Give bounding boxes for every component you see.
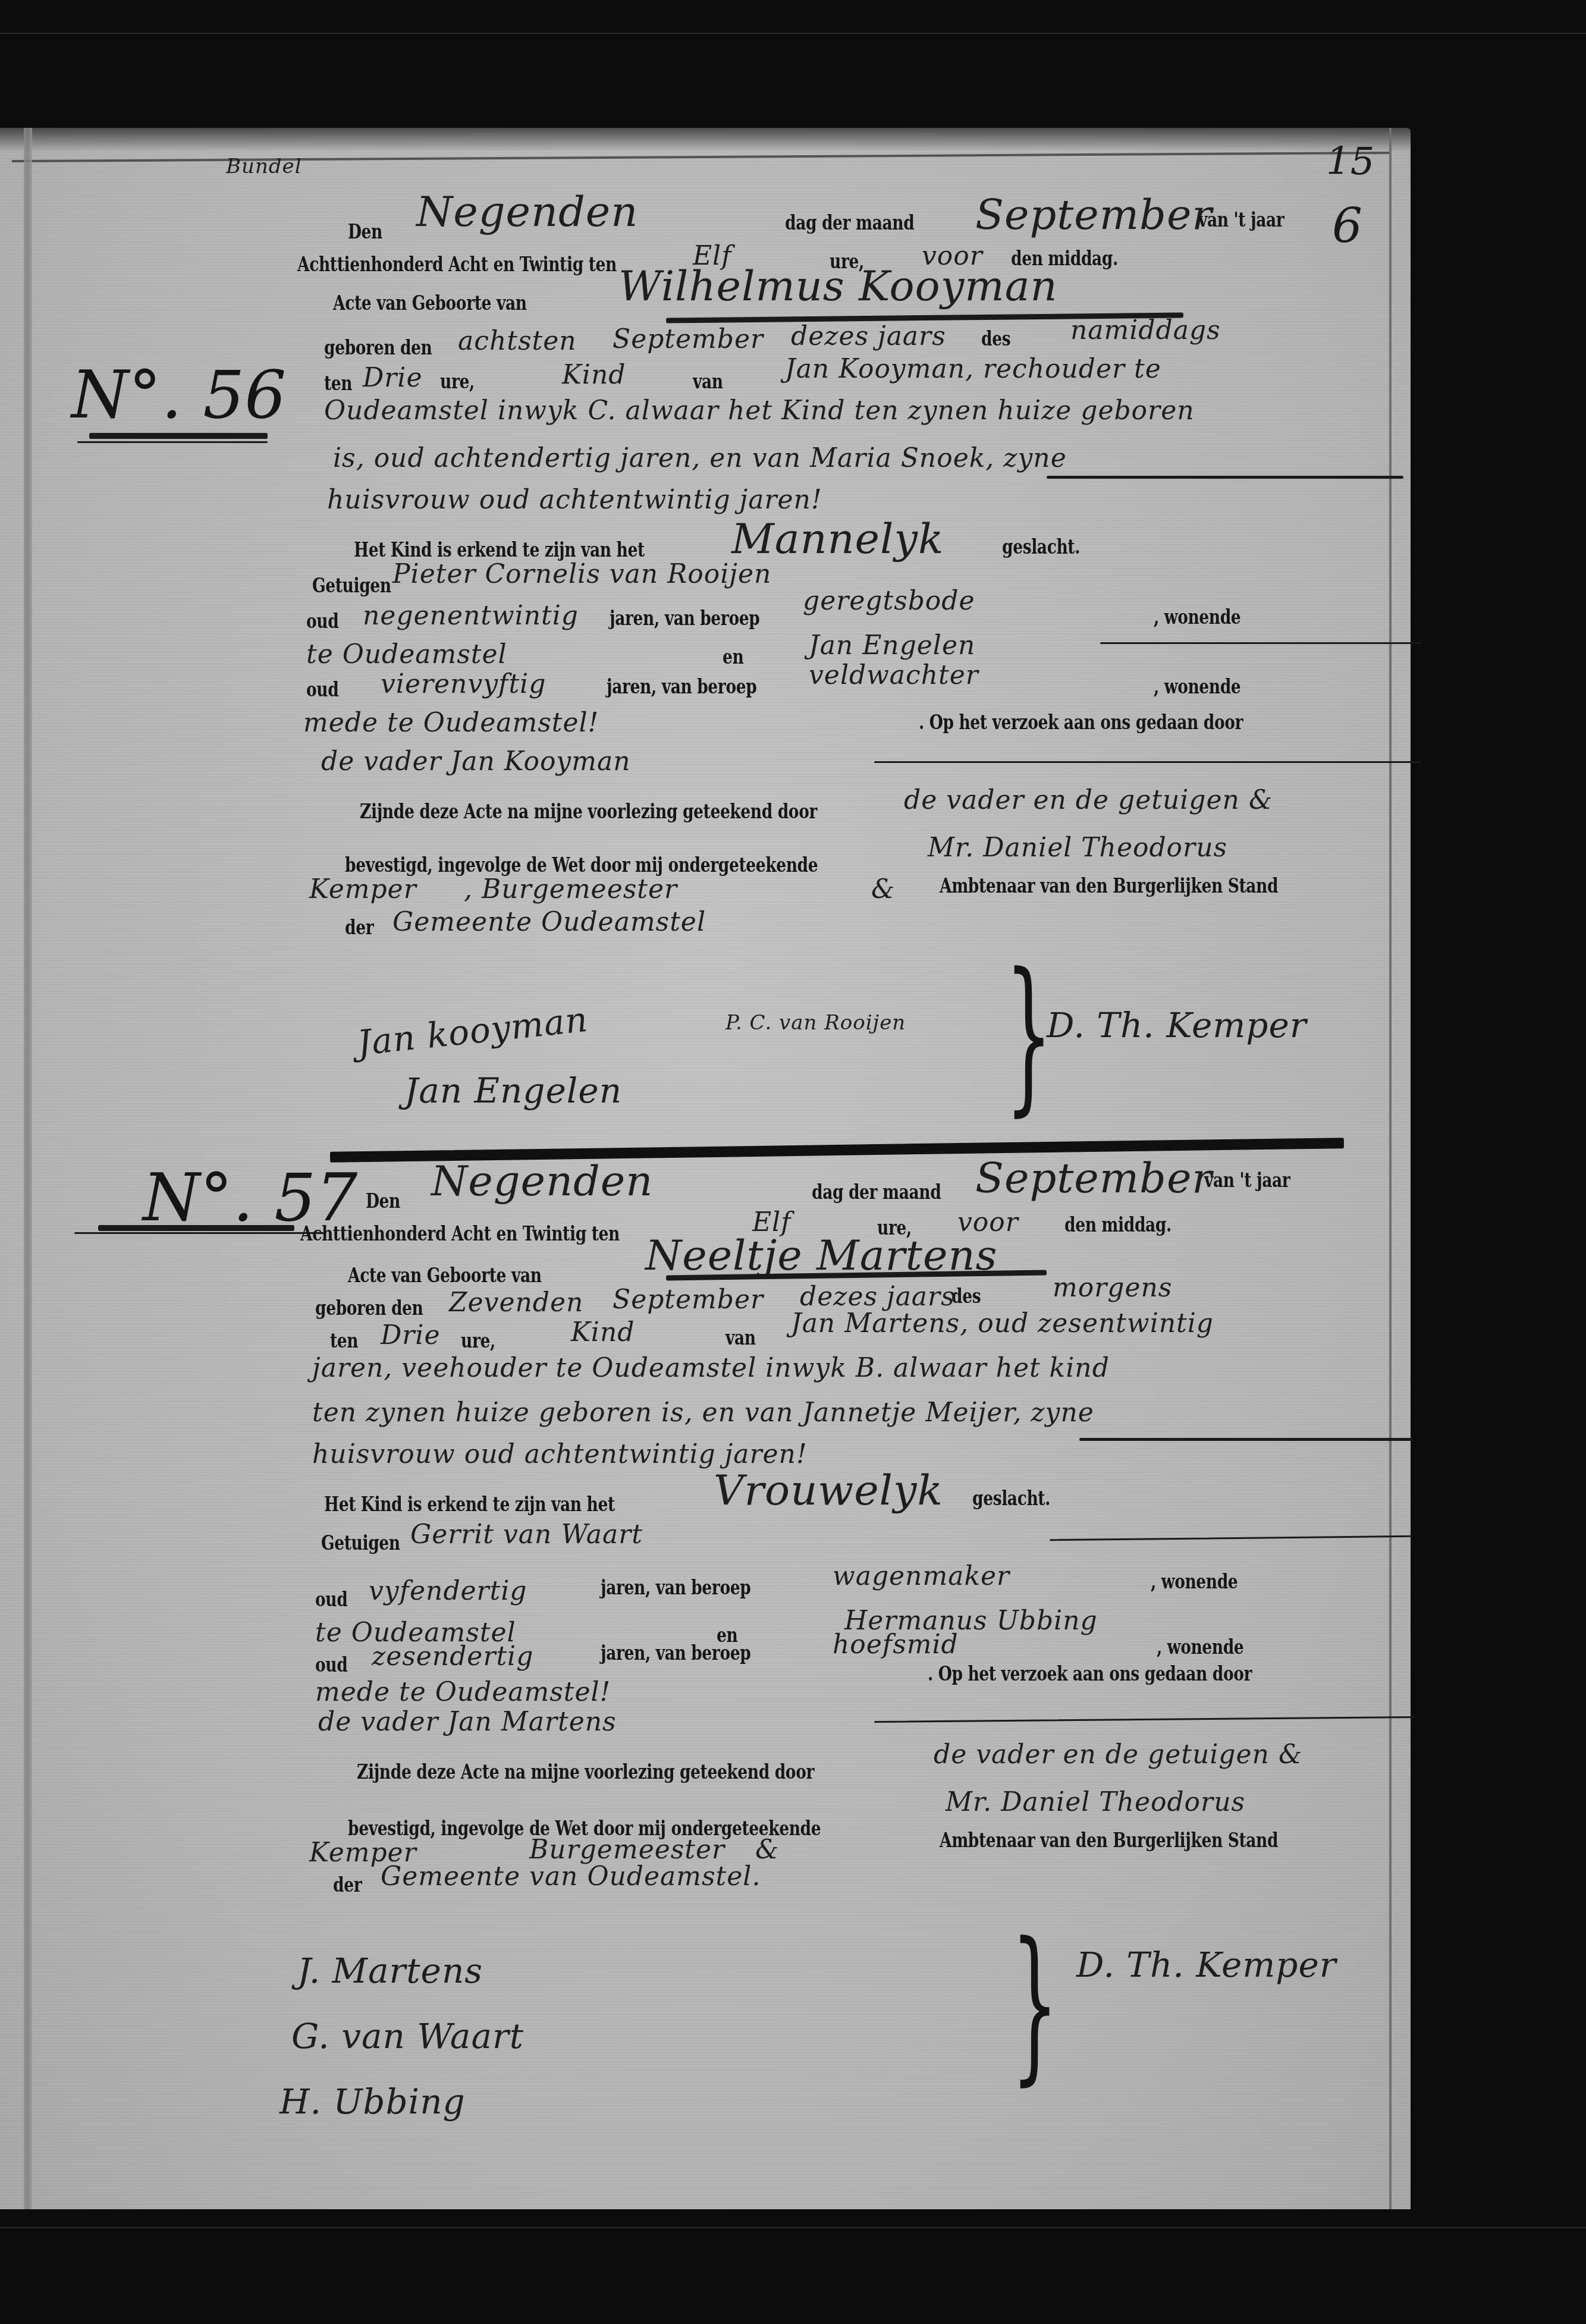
- official-title-field: Burgemeester: [529, 1835, 725, 1865]
- printed-van-t-jaar: van 't jaar: [1204, 1169, 1290, 1192]
- printed-year-line: Achttienhonderd Acht en Twintig ten: [297, 253, 617, 277]
- printed-der: der: [345, 916, 373, 940]
- printed-oud: oud: [306, 610, 338, 633]
- printed-op-het-verzoek: . Op het verzoek aan ons gedaan door: [919, 711, 1243, 734]
- act-number-underline: [89, 433, 268, 439]
- birth-year-field: dezes jaars: [791, 321, 946, 351]
- sex-field: Mannelyk: [731, 514, 944, 563]
- act-number-underline: [77, 441, 268, 443]
- birth-year-field: dezes jaars: [800, 1282, 955, 1312]
- requester-field: de vader Jan Kooyman: [321, 746, 631, 777]
- kind-word: Kind: [562, 360, 626, 390]
- binding-margin-line: [24, 128, 32, 2209]
- printed-den: Den: [366, 1189, 400, 1213]
- act-number-underline: [74, 1232, 324, 1234]
- page-top-shadow: [0, 128, 1411, 152]
- birth-hour-field: Drie: [381, 1320, 440, 1351]
- printed-getuigen: Getuigen: [321, 1531, 400, 1555]
- printed-geslacht: geslacht.: [972, 1487, 1050, 1510]
- witness1-occupation: wagenmaker: [833, 1561, 1010, 1591]
- printed-jaren-beroep: jaren, van beroep: [607, 675, 756, 699]
- printed-geslacht: geslacht.: [1002, 535, 1080, 559]
- printed-kind-erkend: Het Kind is erkend te zijn van het: [354, 538, 645, 562]
- witness1-name: Pieter Cornelis van Rooijen: [392, 559, 771, 589]
- folio-number-bottom: 6: [1332, 202, 1362, 250]
- body-line: jaren, veehouder te Oudeamstel inwyk B. …: [312, 1353, 1110, 1383]
- child-name-field: Wilhelmus Kooyman: [618, 262, 1057, 310]
- printed-acte-van-geboorte: Acte van Geboorte van: [348, 1264, 542, 1287]
- printed-oud: oud: [315, 1653, 347, 1677]
- signature-official: D. Th. Kemper: [1047, 1005, 1307, 1045]
- printed-dag-der-maand: dag der maand: [812, 1180, 941, 1204]
- witness1-occupation: geregtsbode: [803, 586, 975, 616]
- printed-year-line: Achttienhonderd Acht en Twintig ten: [300, 1222, 620, 1246]
- witness2-occupation: hoefsmid: [833, 1629, 959, 1660]
- signature-official: D. Th. Kemper: [1076, 1945, 1337, 1985]
- act-number-underline: [98, 1225, 294, 1231]
- day-field: Negenden: [416, 187, 638, 236]
- month-field: September: [975, 190, 1213, 239]
- signature-father: J. Martens: [297, 1951, 483, 1991]
- printed-getuigen: Getuigen: [312, 574, 391, 598]
- printed-jaren-beroep: jaren, van beroep: [601, 1641, 750, 1665]
- printed-wonende: , wonende: [1154, 605, 1240, 629]
- printed-oud: oud: [306, 678, 338, 702]
- body-line: ten zynen huize geboren is, en van Janne…: [312, 1397, 1094, 1428]
- birth-month-field: September: [613, 324, 764, 354]
- official-name-field: Mr. Daniel Theodorus: [928, 833, 1227, 863]
- witness2-residence: mede te Oudeamstel!: [315, 1677, 611, 1707]
- margin-note: Bundel: [226, 155, 302, 178]
- father-field: Jan Kooyman, rechouder te: [785, 354, 1161, 384]
- signature-witness2: Jan Engelen: [404, 1070, 622, 1111]
- witness2-age: vierenvyftig: [381, 669, 546, 699]
- witness1-age: vyfendertig: [369, 1576, 527, 1606]
- printed-geboren-den: geboren den: [315, 1296, 423, 1320]
- printed-bevestigd: bevestigd, ingevolge de Wet door mij ond…: [345, 853, 818, 877]
- day-field: Negenden: [431, 1157, 653, 1205]
- municipality-field: Gemeente Oudeamstel: [392, 907, 706, 937]
- daypart-field: morgens: [1053, 1273, 1172, 1303]
- printed-ten: ten: [324, 372, 352, 395]
- signature-brace: }: [1005, 951, 1053, 1118]
- printed-van-t-jaar: van 't jaar: [1198, 208, 1284, 232]
- body-line: Oudeamstel inwyk C. alwaar het Kind ten …: [324, 395, 1195, 426]
- body-line: is, oud achtendertig jaren, en van Maria…: [333, 443, 1067, 473]
- ampersand: &: [871, 874, 895, 905]
- body-line: huisvrouw oud achtentwintig jaren!: [327, 485, 822, 515]
- printed-den-middag: den middag.: [1064, 1213, 1172, 1237]
- official-surname-field: Kemper: [309, 874, 417, 905]
- official-name-field: Mr. Daniel Theodorus: [946, 1787, 1245, 1817]
- daypart-field: namiddags: [1070, 315, 1221, 346]
- birth-month-field: September: [613, 1285, 764, 1315]
- body-line: huisvrouw oud achtentwintig jaren!: [312, 1439, 808, 1469]
- witness2-name: Jan Engelen: [809, 630, 975, 661]
- printed-jaren-beroep: jaren, van beroep: [601, 1576, 750, 1600]
- fill-line: [1079, 1438, 1412, 1441]
- fill-line: [1100, 642, 1421, 644]
- printed-wonende: , wonende: [1154, 675, 1240, 699]
- birth-hour-field: Drie: [363, 363, 422, 393]
- printed-van: van: [693, 370, 723, 394]
- month-field: September: [975, 1154, 1213, 1202]
- printed-der: der: [333, 1873, 362, 1897]
- fill-line: [1047, 476, 1403, 479]
- father-field: Jan Martens, oud zesentwintig: [791, 1308, 1214, 1339]
- ampersand: &: [755, 1835, 779, 1865]
- signed-by-field: de vader en de getuigen &: [904, 785, 1273, 815]
- sex-field: Vrouwelyk: [714, 1466, 943, 1515]
- printed-zijnde-deze-acte: Zijnde deze Acte na mijne voorlezing get…: [360, 800, 817, 824]
- printed-des: des: [951, 1285, 981, 1308]
- witness2-occupation: veldwachter: [809, 660, 979, 690]
- witness2-residence: mede te Oudeamstel!: [303, 708, 599, 738]
- witness1-name: Gerrit van Waart: [410, 1519, 643, 1550]
- municipality-field: Gemeente van Oudeamstel.: [381, 1861, 761, 1892]
- signature-brace: }: [1011, 1921, 1059, 2087]
- printed-kind-erkend: Het Kind is erkend te zijn van het: [324, 1493, 615, 1516]
- printed-wonende: , wonende: [1151, 1570, 1238, 1594]
- printed-ambtenaar: Ambtenaar van den Burgerlijken Stand: [940, 1829, 1278, 1852]
- signature-witness1: P. C. van Rooijen: [726, 1011, 906, 1035]
- printed-jaren-beroep: jaren, van beroep: [610, 607, 759, 630]
- printed-ten: ten: [330, 1329, 358, 1353]
- printed-dag-der-maand: dag der maand: [785, 211, 914, 235]
- printed-oud: oud: [315, 1588, 347, 1612]
- scan-artifact: [0, 2227, 1586, 2228]
- scan-artifact: [0, 33, 1586, 34]
- signed-by-field: de vader en de getuigen &: [934, 1739, 1302, 1770]
- birth-day-field: achtsten: [458, 326, 577, 356]
- printed-van: van: [726, 1326, 756, 1350]
- birth-day-field: Zevenden: [449, 1287, 583, 1318]
- printed-ure: ure,: [440, 370, 475, 394]
- printed-op-het-verzoek: . Op het verzoek aan ons gedaan door: [928, 1662, 1252, 1686]
- witness1-age: negenentwintig: [363, 601, 579, 631]
- act-number: N°. 56: [71, 357, 286, 433]
- signature-witness2: H. Ubbing: [279, 2081, 466, 2122]
- printed-ambtenaar: Ambtenaar van den Burgerlijken Stand: [940, 874, 1278, 898]
- official-title-field: , Burgemeester: [464, 874, 677, 905]
- folio-number-top: 15: [1326, 143, 1374, 181]
- kind-word: Kind: [571, 1317, 635, 1348]
- printed-zijnde-deze-acte: Zijnde deze Acte na mijne voorlezing get…: [357, 1760, 814, 1784]
- printed-ure: ure,: [461, 1329, 495, 1353]
- page-right-edge: [1389, 128, 1392, 2209]
- printed-en: en: [723, 645, 743, 669]
- requester-field: de vader Jan Martens: [318, 1707, 617, 1737]
- printed-des: des: [981, 327, 1010, 351]
- printed-geboren-den: geboren den: [324, 336, 432, 360]
- fill-line: [874, 761, 1421, 763]
- printed-acte-van-geboorte: Acte van Geboorte van: [333, 291, 527, 315]
- printed-wonende: , wonende: [1157, 1635, 1243, 1659]
- witness1-residence: te Oudeamstel: [306, 639, 507, 670]
- witness2-age: zesendertig: [372, 1641, 533, 1672]
- signature-witness1: G. van Waart: [291, 2016, 524, 2056]
- printed-den: Den: [348, 220, 382, 244]
